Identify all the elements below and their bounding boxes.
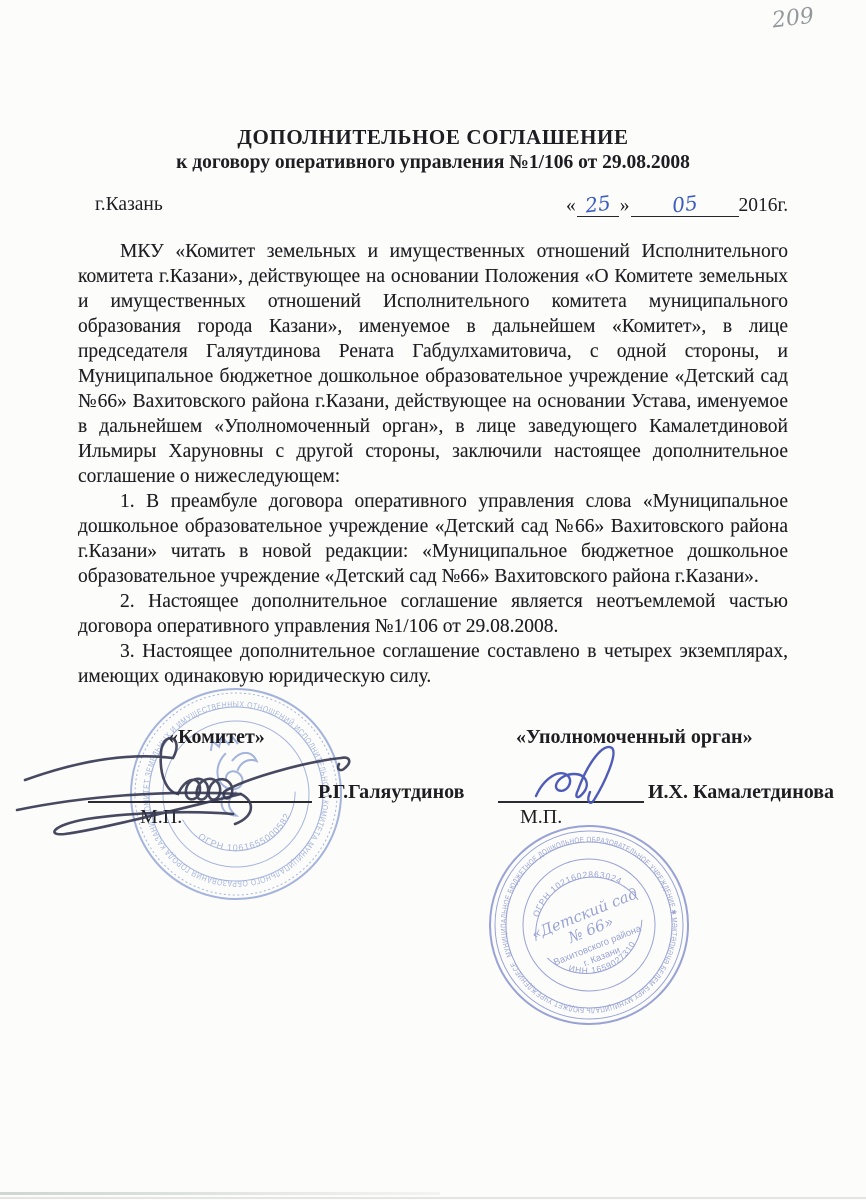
- city-label: г.Казань: [95, 194, 163, 216]
- paragraph-clause-1: 1. В преамбуле договора оперативного упр…: [78, 489, 788, 589]
- scan-artifact: [0, 1192, 440, 1195]
- signature-ink-right: [520, 738, 685, 828]
- paragraph-preamble: МКУ «Комитет земельных и имущественных о…: [78, 239, 788, 489]
- handwritten-month: 05: [671, 191, 699, 218]
- handwritten-page-number: 209: [771, 4, 816, 34]
- year-label: 2016г.: [739, 195, 789, 217]
- document-body: МКУ «Комитет земельных и имущественных о…: [78, 239, 788, 689]
- day-field: 25: [577, 191, 619, 217]
- date-line: «25»052016г.: [565, 191, 788, 217]
- document-subtitle: к договору оперативного управления №1/10…: [0, 152, 866, 174]
- document-title: ДОПОЛНИТЕЛЬНОЕ СОГЛАШЕНИЕ: [0, 125, 866, 150]
- scanned-document-page: 209 ДОПОЛНИТЕЛЬНОЕ СОГЛАШЕНИЕ к договору…: [0, 0, 866, 1200]
- kindergarten-round-stamp: МУНИЦИПАЛЬНОЕ БЮДЖЕТНОЕ ДОШКОЛЬНОЕ ОБРАЗ…: [486, 822, 692, 1028]
- handwritten-day: 25: [584, 191, 612, 218]
- scan-artifact: [0, 1197, 866, 1199]
- month-field: 05: [631, 191, 739, 217]
- paragraph-clause-2: 2. Настоящее дополнительное соглашение я…: [78, 589, 788, 639]
- quote-open: «: [565, 195, 577, 217]
- signature-ink-left: [15, 718, 360, 863]
- quote-close: »: [619, 195, 631, 217]
- paragraph-clause-3: 3. Настоящее дополнительное соглашение с…: [78, 639, 788, 689]
